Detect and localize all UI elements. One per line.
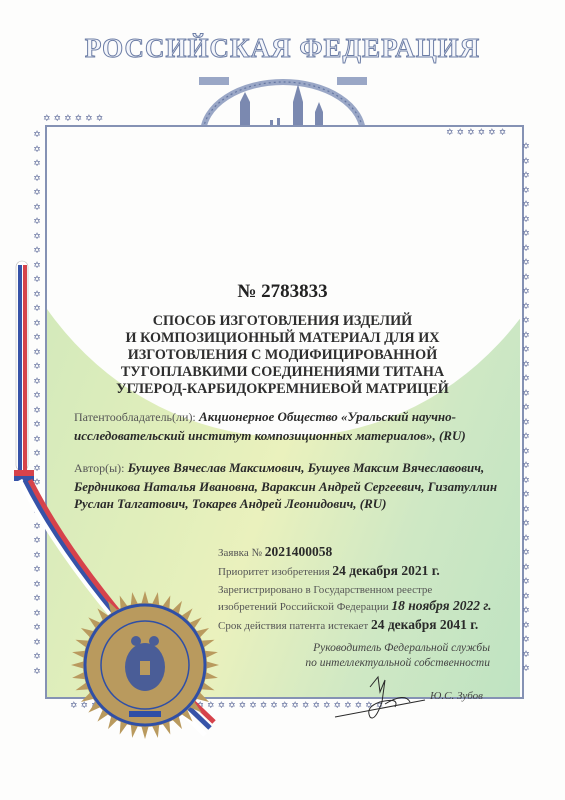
title-line: И КОМПОЗИЦИОННЫЙ МАТЕРИАЛ ДЛЯ ИХ [70, 330, 495, 347]
application-label: Заявка № [218, 547, 262, 559]
frame-ornament-right: ✡✡✡✡✡✡✡✡✡✡✡✡✡✡✡✡✡✡✡✡✡✡✡✡✡✡✡✡✡✡✡✡✡✡✡✡✡ [521, 140, 531, 677]
country-heading: РОССИЙСКАЯ ФЕДЕРАЦИЯ [0, 33, 565, 64]
authors-value: Бушуев Вячеслав Максимович, Бушуев Макси… [74, 460, 497, 511]
signatory-position: Руководитель Федеральной службы по интел… [300, 641, 490, 671]
priority-label: Приоритет изобретения [218, 566, 330, 578]
frame-ornament-top-right: ✡✡✡✡✡✡ [446, 128, 509, 138]
signatory-name: Ю.С. Зубов [430, 690, 483, 702]
registration-info: Заявка № 2021400058 Приоритет изобретени… [218, 543, 518, 635]
title-line: ТУГОПЛАВКИМИ СОЕДИНЕНИЯМИ ТИТАНА [70, 364, 495, 381]
position-line: по интеллектуальной собственности [300, 656, 490, 671]
frame-ornament-top-left: ✡✡✡✡✡✡ [43, 114, 106, 124]
application-number: 2021400058 [265, 544, 333, 559]
holder-label: Патентообладатель(ли): [74, 410, 196, 424]
priority-date: 24 декабря 2021 г. [332, 563, 439, 578]
registered-date: 18 ноября 2022 г. [391, 598, 491, 613]
title-line: ИЗГОТОВЛЕНИЯ С МОДИФИЦИРОВАННОЙ [70, 347, 495, 364]
patent-holder: Патентообладатель(ли): Акционерное Общес… [74, 408, 514, 444]
invention-title: СПОСОБ ИЗГОТОВЛЕНИЯ ИЗДЕЛИЙ И КОМПОЗИЦИО… [70, 313, 495, 398]
registered-label-2: изобретений Российской Федерации [218, 601, 389, 613]
patent-certificate: РОССИЙСКАЯ ФЕДЕРАЦИЯ ПАТЕНТ НА ИЗОБРЕТЕН… [0, 0, 565, 800]
position-line: Руководитель Федеральной службы [300, 641, 490, 656]
title-line: СПОСОБ ИЗГОТОВЛЕНИЯ ИЗДЕЛИЙ [70, 313, 495, 330]
registered-label: Зарегистрировано в Государственном реест… [218, 583, 518, 597]
frame-ornament-left: ✡✡✡✡✡✡✡✡✡✡✡✡✡✡✡✡✡✡✡✡✡✡✡✡✡✡✡✡✡✡✡✡✡✡✡✡✡✡ [32, 128, 42, 679]
signature-icon [330, 672, 430, 732]
expiry-label: Срок действия патента истекает [218, 620, 368, 632]
expiry-date: 24 декабря 2041 г. [371, 617, 478, 632]
official-seal-icon [70, 590, 220, 740]
patent-number: № 2783833 [0, 281, 565, 303]
title-line: УГЛЕРОД-КАРБИДОКРЕМНИЕВОЙ МАТРИЦЕЙ [70, 381, 495, 398]
authors: Автор(ы): Бушуев Вячеслав Максимович, Бу… [74, 459, 514, 513]
authors-label: Автор(ы): [74, 461, 125, 475]
